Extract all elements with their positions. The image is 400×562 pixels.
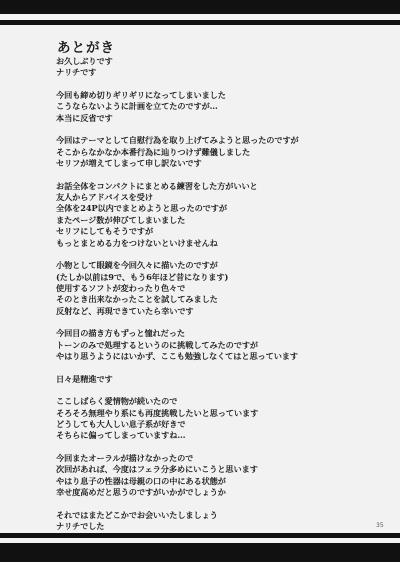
text-line: ナリチです bbox=[56, 67, 299, 78]
text-line: どうしても大人しい息子系が好きで bbox=[56, 419, 299, 430]
text-line: ナリチでした bbox=[56, 521, 299, 532]
text-line: そのとき出来なかったことを試してみました bbox=[56, 294, 299, 305]
paragraph: 今回目の描き方もずっと憧れだったトーンのみで処理するというのに挑戦してみたのです… bbox=[56, 328, 299, 362]
book-page: あとがき お久しぶりですナリチです今回も締め切りギリギリになってしまいましたこう… bbox=[0, 25, 400, 533]
text-line: やはり思うようにはいかず、ここも勉強しなくてはと思っています bbox=[56, 351, 299, 362]
paragraph: それではまたどこかでお会いいたしましょうナリチでした bbox=[56, 510, 299, 533]
text-line: 幸せ度高めだと思うのですがいかがでしょうか bbox=[56, 487, 299, 498]
text-line: 友人からアドバイスを受け bbox=[56, 192, 299, 203]
text-line: 今回目の描き方もずっと憧れだった bbox=[56, 328, 299, 339]
text-line: そろそろ無理やり系にも再度挑戦したいと思っています bbox=[56, 408, 299, 419]
paragraph: お久しぶりですナリチです bbox=[56, 56, 299, 79]
paragraph: お話全体をコンパクトにまとめる練習をした方がいいと友人からアドバイスを受け全体を… bbox=[56, 181, 299, 249]
text-line: やはり息子の性器は母親の口の中にある状態が bbox=[56, 476, 299, 487]
text-line: 今回はテーマとして自慰行為を取り上げてみようと思ったのですが bbox=[56, 135, 299, 146]
text-line: トーンのみで処理するというのに挑戦してみたのですが bbox=[56, 340, 299, 351]
scan-border-bottom bbox=[0, 543, 400, 562]
text-line: もっとまとめる力をつけないといけませんね bbox=[56, 238, 299, 249]
text-line: 小物として眼鏡を今回久々に描いたのですが bbox=[56, 260, 299, 271]
scan-border-top bbox=[0, 0, 400, 14]
paragraph: 今回またオーラルが描けなかったので次回があれば、今度はフェラ分多めにいこうと思い… bbox=[56, 453, 299, 498]
afterword-body: お久しぶりですナリチです今回も締め切りギリギリになってしまいましたこうならないよ… bbox=[56, 56, 299, 544]
text-line: 今回またオーラルが描けなかったので bbox=[56, 453, 299, 464]
paragraph: 小物として眼鏡を今回久々に描いたのですが(たしか以前は9で、もう6年ほど昔になり… bbox=[56, 260, 299, 317]
text-line: お話全体をコンパクトにまとめる練習をした方がいいと bbox=[56, 181, 299, 192]
text-line: (たしか以前は9で、もう6年ほど昔になります) bbox=[56, 272, 299, 283]
page-number: 35 bbox=[376, 522, 384, 529]
text-line: 今回も締め切りギリギリになってしまいました bbox=[56, 90, 299, 101]
paragraph: 日々是精進です bbox=[56, 374, 299, 385]
text-line: 全体を24P以内でまとめようと思ったのですが bbox=[56, 203, 299, 214]
text-line: そちらに偏ってしまっていますね… bbox=[56, 430, 299, 441]
text-line: そこからなかなか本番行為に辿りつけず難儀しました bbox=[56, 147, 299, 158]
text-line: またページ数が伸びてしまいました bbox=[56, 215, 299, 226]
text-line: こうならないように計画を立てたのですが… bbox=[56, 101, 299, 112]
paragraph: ここしばらく愛情物が続いたのでそろそろ無理やり系にも再度挑戦したいと思っています… bbox=[56, 396, 299, 441]
text-line: それではまたどこかでお会いいたしましょう bbox=[56, 510, 299, 521]
text-line: お久しぶりです bbox=[56, 56, 299, 67]
text-line: ここしばらく愛情物が続いたので bbox=[56, 396, 299, 407]
text-line: 次回があれば、今度はフェラ分多めにいこうと思います bbox=[56, 464, 299, 475]
text-line: セリフにしてもそうですが bbox=[56, 226, 299, 237]
text-line: 本当に反省です bbox=[56, 113, 299, 124]
text-line: 反射など、再現できていたら幸いです bbox=[56, 306, 299, 317]
paragraph: 今回はテーマとして自慰行為を取り上げてみようと思ったのですがそこからなかなか本番… bbox=[56, 135, 299, 169]
text-line: 日々是精進です bbox=[56, 374, 299, 385]
paragraph: 今回も締め切りギリギリになってしまいましたこうならないように計画を立てたのですが… bbox=[56, 90, 299, 124]
page-title: あとがき bbox=[57, 36, 115, 56]
text-line: 使用するソフトが変わったり色々で bbox=[56, 283, 299, 294]
text-line: セリフが増えてしまって申し訳ないです bbox=[56, 158, 299, 169]
